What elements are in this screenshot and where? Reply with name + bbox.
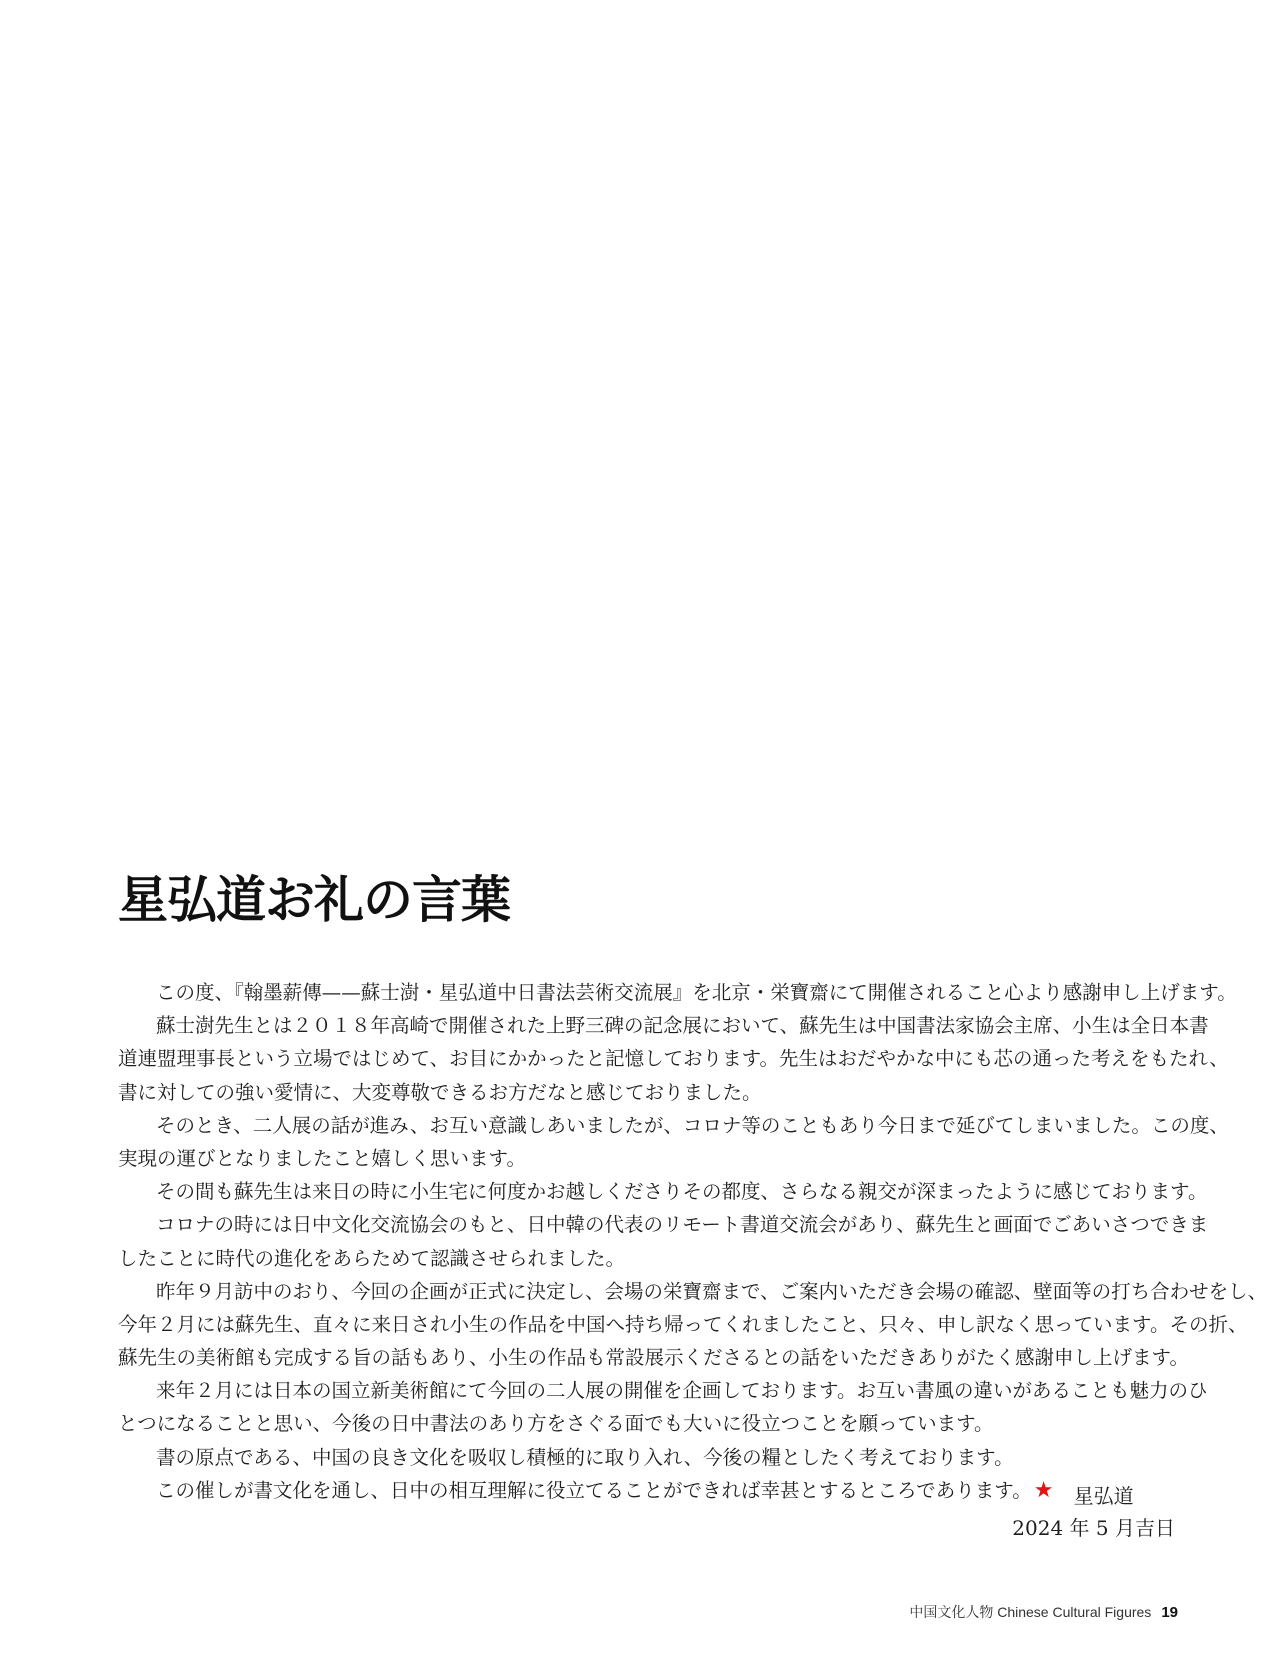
body-line: そのとき、二人展の話が進み、お互い意識しあいましたが、コロナ等のこともあり今日ま… [118,1109,1182,1142]
body-line: コロナの時には日中文化交流協会のもと、日中韓の代表のリモート書道交流会があり、蘇… [118,1208,1182,1241]
signature-date: 2024 年 5 月吉日 [1012,1512,1175,1544]
signature-block: 星弘道 2024 年 5 月吉日 [1012,1480,1175,1544]
body-line: 昨年９月訪中のおり、今回の企画が正式に決定し、会場の栄寶齋まで、ご案内いただき会… [118,1275,1182,1308]
body-line: 書の原点である、中国の良き文化を吸収し積極的に取り入れ、今後の糧としたく考えてお… [118,1441,1182,1474]
body-line: とつになることと思い、今後の日中書法のあり方をさぐる面でも大いに役立つことを願っ… [118,1407,1182,1440]
body-line: 道連盟理事長という立場ではじめて、お目にかかったと記憶しております。先生はおだや… [118,1042,1182,1075]
page-footer: 中国文化人物 Chinese Cultural Figures19 [909,1600,1178,1625]
article-body: この度、『翰墨薪傳——蘇士澍・星弘道中日書法芸術交流展』を北京・栄寶齋にて開催さ… [118,976,1182,1507]
body-line: 蘇先生の美術館も完成する旨の話もあり、小生の作品も常設展示くださるとの話をいただ… [118,1341,1182,1374]
body-line: 書に対しての強い愛情に、大変尊敬できるお方だなと感じておりました。 [118,1076,1182,1109]
body-line: 今年２月には蘇先生、直々に来日され小生の作品を中国へ持ち帰ってくれましたこと、只… [118,1308,1182,1341]
body-line-text: この催しが書文化を通し、日中の相互理解に役立てることができれば幸甚とするところで… [156,1479,1032,1502]
body-line: 実現の運びとなりましたこと嬉しく思います。 [118,1142,1182,1175]
body-line: したことに時代の進化をあらためて認識させられました。 [118,1242,1182,1275]
publication-name: 中国文化人物 Chinese Cultural Figures [909,1604,1151,1620]
page-number: 19 [1161,1604,1178,1621]
body-line: 来年２月には日本の国立新美術館にて今回の二人展の開催を企画しております。お互い書… [118,1374,1182,1407]
signature-name: 星弘道 [1012,1480,1175,1512]
magazine-page: 星弘道お礼の言葉 この度、『翰墨薪傳——蘇士澍・星弘道中日書法芸術交流展』を北京… [0,0,1270,1654]
article-title: 星弘道お礼の言葉 [118,868,510,932]
body-line: その間も蘇先生は来日の時に小生宅に何度かお越しくださりその都度、さらなる親交が深… [118,1175,1182,1208]
body-line: 蘇士澍先生とは２０１８年高崎で開催された上野三碑の記念展において、蘇先生は中国書… [118,1009,1182,1042]
body-line: この度、『翰墨薪傳——蘇士澍・星弘道中日書法芸術交流展』を北京・栄寶齋にて開催さ… [118,976,1182,1009]
